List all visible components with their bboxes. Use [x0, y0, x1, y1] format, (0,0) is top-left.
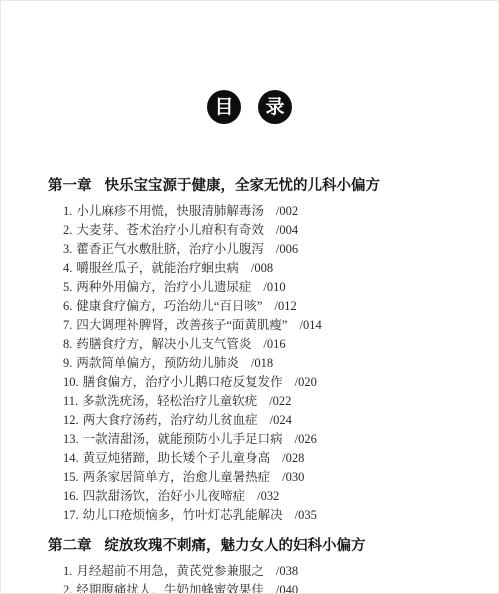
toc-entry-number: 12.: [63, 413, 79, 427]
chapter-heading: 第一章快乐宝宝源于健康，全家无忧的儿科小偏方: [48, 176, 482, 196]
toc-title-circle-lu: 录: [258, 90, 292, 124]
toc-entry: 16.四款甜汤饮，治好小儿夜啼症/032: [63, 487, 482, 506]
toc-entry-title: 大麦芽、苍术治疗小儿疳积有奇效: [76, 223, 264, 237]
toc-entry-page-number: /006: [276, 242, 298, 256]
toc-page: 目 录 第一章快乐宝宝源于健康，全家无忧的儿科小偏方1.小儿麻疹不用慌，快服清肺…: [0, 0, 499, 594]
chapter-title: 快乐宝宝源于健康，全家无忧的儿科小偏方: [105, 178, 381, 194]
toc-entry-number: 15.: [63, 470, 79, 484]
toc-entry-title: 膳食偏方，治疗小儿鹅口疮反复发作: [83, 375, 283, 389]
toc-entry-page-number: /040: [276, 583, 298, 594]
toc-entry-number: 1.: [63, 204, 72, 218]
toc-entry-page-number: /016: [263, 337, 285, 351]
toc-entry-number: 16.: [63, 489, 79, 503]
toc-entry-title: 月经超前不用急，黄芪党参兼服之: [76, 564, 264, 578]
toc-entry-number: 9.: [63, 356, 72, 370]
toc-entry-title: 两种外用偏方，治疗小儿遗尿症: [76, 280, 251, 294]
toc-entry-page-number: /010: [263, 280, 285, 294]
toc-entry-page-number: /008: [251, 261, 273, 275]
toc-content: 第一章快乐宝宝源于健康，全家无忧的儿科小偏方1.小儿麻疹不用慌，快服清肺解毒汤/…: [1, 176, 498, 594]
chapter-title: 绽放玫瑰不刺痛，魅力女人的妇科小偏方: [105, 538, 366, 554]
toc-entry-page-number: /012: [274, 299, 296, 313]
toc-entry-title: 两大食疗汤药，治疗幼儿贫血症: [83, 413, 258, 427]
toc-entry: 2.经期腹痛扰人，牛奶加蜂蜜效果佳/040: [63, 581, 482, 594]
toc-entry-page-number: /022: [269, 394, 291, 408]
chapter-section: 第二章绽放玫瑰不刺痛，魅力女人的妇科小偏方1.月经超前不用急，黄芪党参兼服之/0…: [48, 536, 482, 594]
toc-entry-title: 一款清甜汤，就能预防小儿手足口病: [83, 432, 283, 446]
chapter-item-list: 1.月经超前不用急，黄芪党参兼服之/0382.经期腹痛扰人，牛奶加蜂蜜效果佳/0…: [48, 562, 482, 594]
toc-entry: 13.一款清甜汤，就能预防小儿手足口病/026: [63, 430, 482, 449]
chapter-label: 第一章: [48, 178, 92, 194]
toc-entry-page-number: /035: [295, 508, 317, 522]
toc-entry-number: 7.: [63, 318, 72, 332]
toc-entry: 10.膳食偏方，治疗小儿鹅口疮反复发作/020: [63, 373, 482, 392]
toc-entry: 5.两种外用偏方，治疗小儿遗尿症/010: [63, 278, 482, 297]
toc-entry-number: 4.: [63, 261, 72, 275]
toc-entry: 11.多款洗疣汤，轻松治疗儿童软疣/022: [63, 392, 482, 411]
toc-entry-number: 2.: [63, 583, 72, 594]
toc-entry-title: 幼儿口疮烦恼多，竹叶灯芯乳能解决: [83, 508, 283, 522]
toc-entry-title: 两款简单偏方，预防幼儿肺炎: [76, 356, 239, 370]
toc-entry-title: 嚼服丝瓜子，就能治疗蛔虫病: [76, 261, 239, 275]
toc-entry-title: 两条家居简单方，治愈儿童暑热症: [83, 470, 271, 484]
chapter-label: 第二章: [48, 538, 92, 554]
toc-entry-title: 四款甜汤饮，治好小儿夜啼症: [83, 489, 246, 503]
chapter-heading: 第二章绽放玫瑰不刺痛，魅力女人的妇科小偏方: [48, 536, 482, 556]
toc-entry-page-number: /038: [276, 564, 298, 578]
toc-entry-number: 11.: [63, 394, 78, 408]
toc-entry: 2.大麦芽、苍术治疗小儿疳积有奇效/004: [63, 221, 482, 240]
toc-entry-page-number: /026: [295, 432, 317, 446]
toc-entry-page-number: /004: [276, 223, 298, 237]
toc-entry-page-number: /024: [270, 413, 292, 427]
toc-entry-number: 14.: [63, 451, 79, 465]
chapter-item-list: 1.小儿麻疹不用慌，快服清肺解毒汤/0022.大麦芽、苍术治疗小儿疳积有奇效/0…: [48, 202, 482, 525]
toc-entry-page-number: /030: [282, 470, 304, 484]
toc-entry-number: 2.: [63, 223, 72, 237]
toc-title: 目 录: [1, 90, 498, 124]
toc-entry-number: 3.: [63, 242, 72, 256]
toc-entry-number: 10.: [63, 375, 79, 389]
toc-entry-page-number: /002: [276, 204, 298, 218]
toc-entry-number: 8.: [63, 337, 72, 351]
toc-entry-number: 6.: [63, 299, 72, 313]
toc-entry-number: 1.: [63, 564, 72, 578]
toc-entry-page-number: /020: [295, 375, 317, 389]
toc-entry: 6.健康食疗偏方，巧治幼儿“百日咳”/012: [63, 297, 482, 316]
toc-entry-page-number: /028: [282, 451, 304, 465]
toc-entry-page-number: /014: [299, 318, 321, 332]
toc-entry-number: 5.: [63, 280, 72, 294]
toc-entry-page-number: /018: [251, 356, 273, 370]
toc-title-circle-mu: 目: [207, 90, 241, 124]
toc-entry-title: 经期腹痛扰人，牛奶加蜂蜜效果佳: [76, 583, 264, 594]
toc-entry-title: 药膳食疗方，解决小儿支气管炎: [76, 337, 251, 351]
toc-entry: 14.黄豆炖猪蹄，助长矮个子儿童身高/028: [63, 449, 482, 468]
toc-entry-number: 17.: [63, 508, 79, 522]
toc-entry-title: 黄豆炖猪蹄，助长矮个子儿童身高: [83, 451, 271, 465]
toc-entry-title: 四大调理补脾肾，改善孩子“面黄肌瘦”: [76, 318, 287, 332]
toc-entry-page-number: /032: [257, 489, 279, 503]
chapter-section: 第一章快乐宝宝源于健康，全家无忧的儿科小偏方1.小儿麻疹不用慌，快服清肺解毒汤/…: [48, 176, 482, 525]
toc-entry: 15.两条家居简单方，治愈儿童暑热症/030: [63, 468, 482, 487]
toc-entry: 1.月经超前不用急，黄芪党参兼服之/038: [63, 562, 482, 581]
toc-entry: 7.四大调理补脾肾，改善孩子“面黄肌瘦”/014: [63, 316, 482, 335]
toc-entry-title: 多款洗疣汤，轻松治疗儿童软疣: [82, 394, 257, 408]
toc-entry: 9.两款简单偏方，预防幼儿肺炎/018: [63, 354, 482, 373]
toc-entry: 3.藿香正气水敷肚脐，治疗小儿腹泻/006: [63, 240, 482, 259]
toc-entry: 1.小儿麻疹不用慌，快服清肺解毒汤/002: [63, 202, 482, 221]
toc-entry-number: 13.: [63, 432, 79, 446]
toc-entry: 12.两大食疗汤药，治疗幼儿贫血症/024: [63, 411, 482, 430]
toc-entry-title: 小儿麻疹不用慌，快服清肺解毒汤: [76, 204, 264, 218]
toc-entry: 17.幼儿口疮烦恼多，竹叶灯芯乳能解决/035: [63, 506, 482, 525]
toc-entry-title: 藿香正气水敷肚脐，治疗小儿腹泻: [76, 242, 264, 256]
toc-entry-title: 健康食疗偏方，巧治幼儿“百日咳”: [76, 299, 262, 313]
toc-entry: 8.药膳食疗方，解决小儿支气管炎/016: [63, 335, 482, 354]
toc-entry: 4.嚼服丝瓜子，就能治疗蛔虫病/008: [63, 259, 482, 278]
